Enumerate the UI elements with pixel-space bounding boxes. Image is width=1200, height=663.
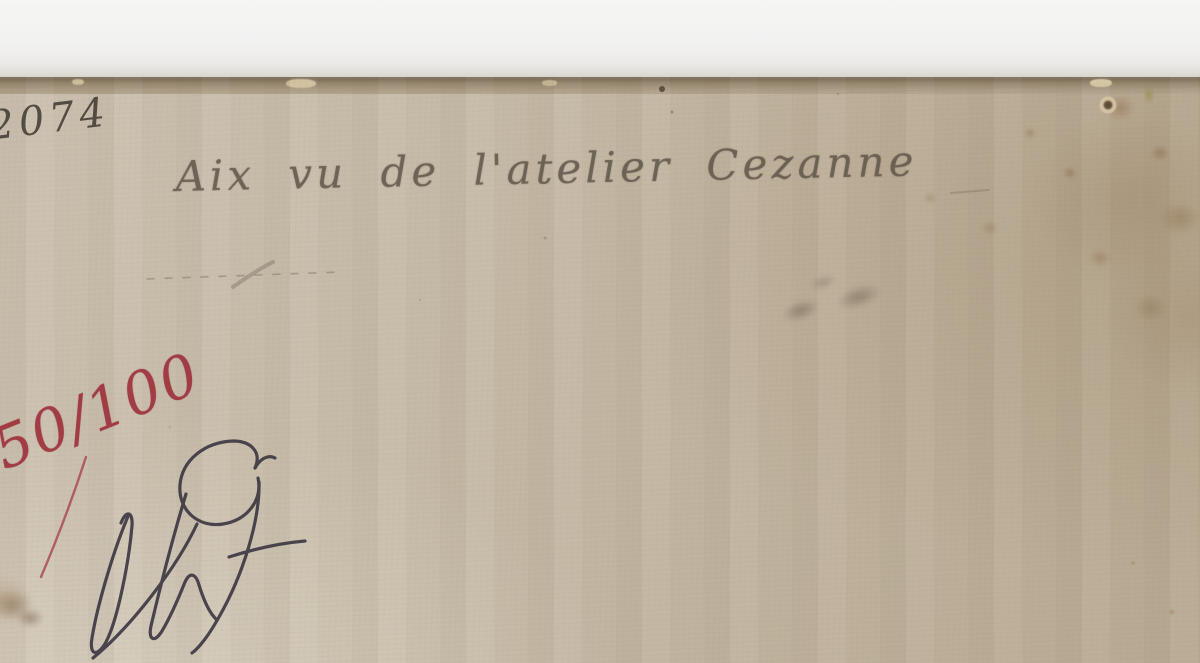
studio-backdrop xyxy=(0,0,1200,78)
yellow-paint-spot xyxy=(1143,86,1155,104)
photo-of-painting-verso: 2074 Aix vu de l'atelier Cezanne 50/100 xyxy=(0,0,1200,663)
worm-hole xyxy=(1099,96,1117,116)
